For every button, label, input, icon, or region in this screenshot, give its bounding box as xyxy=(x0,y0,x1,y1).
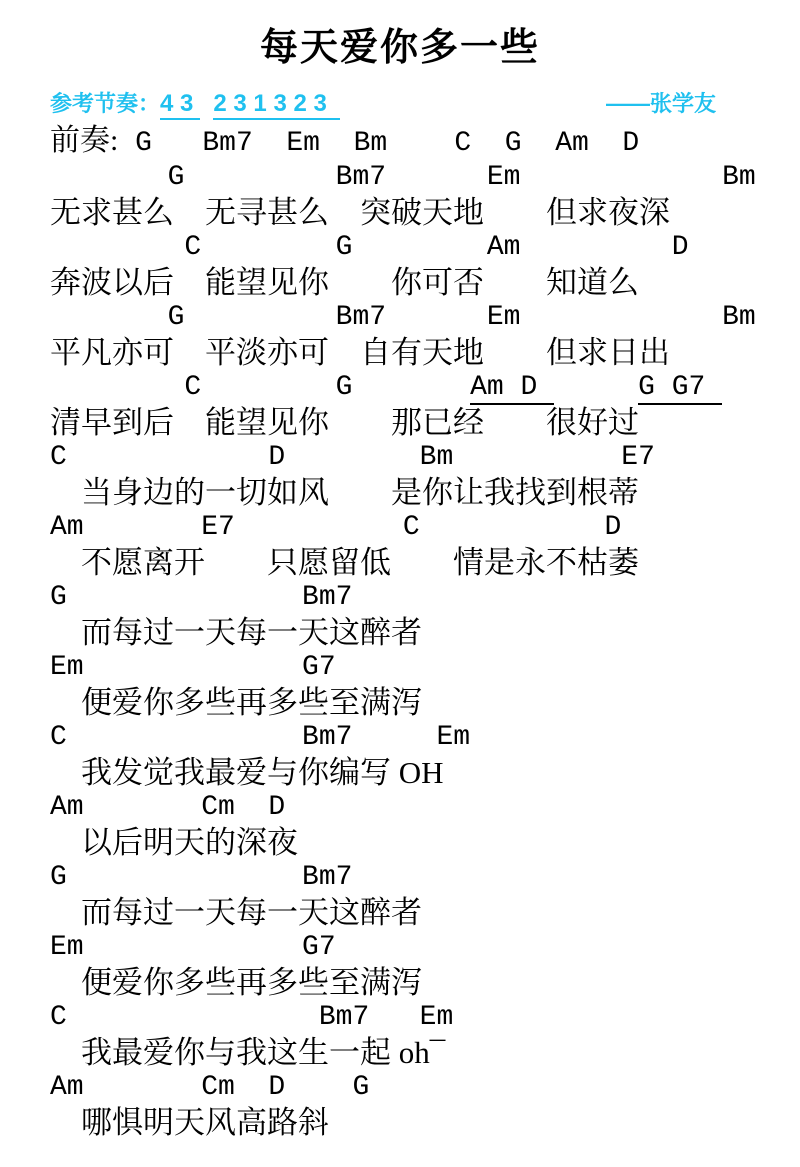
chord-line: Em G7 xyxy=(50,930,750,965)
rhythm-label: 参考节奏： xyxy=(50,91,160,116)
text-segment: 清早到后 能望见你 那已经 很好过 xyxy=(50,405,639,440)
text-segment: 哪惧明天风高路斜 xyxy=(50,1105,329,1140)
text-segment: C G xyxy=(50,372,470,403)
text-segment: Em G7 xyxy=(50,932,336,963)
meta-row: 参考节奏：4 3 2 3 1 3 2 3 ——张学友 xyxy=(50,87,750,118)
lyric-line: 以后明天的深夜 xyxy=(50,825,750,860)
text-segment: Am E7 C D xyxy=(50,512,621,543)
artist-credit: ——张学友 xyxy=(606,87,716,118)
lyric-line: 哪惧明天风高路斜 xyxy=(50,1105,750,1140)
lyric-line: 无求甚么 无寻甚么 突破天地 但求夜深 xyxy=(50,195,750,230)
text-segment: C G Am D xyxy=(50,232,689,263)
chord-line: G Bm7 Em Bm xyxy=(50,160,750,195)
chord-line: C G Am D G G7 xyxy=(50,370,750,405)
chord-sheet-page: 每天爱你多一些 参考节奏：4 3 2 3 1 3 2 3 ——张学友 前奏: G… xyxy=(0,0,800,1167)
underlined-segment: G G7 xyxy=(638,372,722,405)
rhythm-numbers: 4 3 2 3 1 3 2 3 xyxy=(160,90,340,120)
text-segment: G Bm7 xyxy=(50,862,352,893)
lyric-line: 奔波以后 能望见你 你可否 知道么 xyxy=(50,265,750,300)
song-title: 每天爱你多一些 xyxy=(50,16,750,71)
chord-line: Am Cm D G xyxy=(50,1070,750,1105)
chord-line: C Bm7 Em xyxy=(50,720,750,755)
lyric-line: 便爱你多些再多些至满泻 xyxy=(50,965,750,1000)
text-segment: G Bm7 xyxy=(50,582,352,613)
underlined-segment: Am D xyxy=(470,372,554,405)
chord-line: Am E7 C D xyxy=(50,510,750,545)
text-segment xyxy=(554,372,638,403)
intro-line: 前奏: G Bm7 Em Bm C G Am D xyxy=(50,122,750,160)
lyric-line: 当身边的一切如风 是你让我找到根蒂 xyxy=(50,475,750,510)
chord-line: G Bm7 xyxy=(50,580,750,615)
underlined-segment: 2 3 xyxy=(293,90,340,120)
lyric-line: 而每过一天每一天这醉者 xyxy=(50,895,750,930)
underlined-segment: 4 3 xyxy=(160,90,200,120)
chord-line: Em G7 xyxy=(50,650,750,685)
lyric-line: 我最爱你与我这生一起 oh¯ xyxy=(50,1035,750,1070)
chord-line: G Bm7 xyxy=(50,860,750,895)
text-segment: 以后明天的深夜 xyxy=(50,825,298,860)
text-segment: C Bm7 Em xyxy=(50,722,470,753)
text-segment: 我最爱你与我这生一起 oh¯ xyxy=(50,1035,445,1070)
text-segment: 而每过一天每一天这醉者 xyxy=(50,895,422,930)
text-segment: Am Cm D xyxy=(50,792,285,823)
text-segment: 当身边的一切如风 是你让我找到根蒂 xyxy=(50,475,639,510)
underlined-segment: 1 3 xyxy=(253,90,293,120)
intro-label: 前奏: xyxy=(50,122,118,160)
lyric-line: 而每过一天每一天这醉者 xyxy=(50,615,750,650)
rhythm-reference: 参考节奏：4 3 2 3 1 3 2 3 xyxy=(50,87,340,118)
intro-chords: G Bm7 Em Bm C G Am D xyxy=(118,128,639,159)
lyric-line: 不愿离开 只愿留低 情是永不枯萎 xyxy=(50,545,750,580)
chord-line: C Bm7 Em xyxy=(50,1000,750,1035)
chord-line: C D Bm E7 xyxy=(50,440,750,475)
text-segment: 便爱你多些再多些至满泻 xyxy=(50,965,422,1000)
text-segment: 平凡亦可 平淡亦可 自有天地 但求日出 xyxy=(50,335,670,370)
text-segment: 而每过一天每一天这醉者 xyxy=(50,615,422,650)
lyric-line: 平凡亦可 平淡亦可 自有天地 但求日出 xyxy=(50,335,750,370)
text-segment: G Bm7 Em Bm xyxy=(50,302,756,333)
text-segment: Am Cm D G xyxy=(50,1072,369,1103)
chord-line: G Bm7 Em Bm xyxy=(50,300,750,335)
chord-line: Am Cm D xyxy=(50,790,750,825)
text-segment: 我发觉我最爱与你编写 OH xyxy=(50,755,444,790)
lyric-line: 便爱你多些再多些至满泻 xyxy=(50,685,750,720)
song-body: G Bm7 Em Bm无求甚么 无寻甚么 突破天地 但求夜深 C G Am D奔… xyxy=(50,160,750,1140)
text-segment: C D Bm E7 xyxy=(50,442,655,473)
text-segment: Em G7 xyxy=(50,652,336,683)
text-segment: 便爱你多些再多些至满泻 xyxy=(50,685,422,720)
text-segment: 奔波以后 能望见你 你可否 知道么 xyxy=(50,265,639,300)
lyric-line: 我发觉我最爱与你编写 OH xyxy=(50,755,750,790)
underlined-segment: 2 3 xyxy=(213,90,253,120)
text-segment: C Bm7 Em xyxy=(50,1002,453,1033)
text-segment: 不愿离开 只愿留低 情是永不枯萎 xyxy=(50,545,639,580)
text-segment xyxy=(200,90,213,117)
text-segment: G Bm7 Em Bm xyxy=(50,162,756,193)
chord-line: C G Am D xyxy=(50,230,750,265)
text-segment: 无求甚么 无寻甚么 突破天地 但求夜深 xyxy=(50,195,670,230)
lyric-line: 清早到后 能望见你 那已经 很好过 xyxy=(50,405,750,440)
